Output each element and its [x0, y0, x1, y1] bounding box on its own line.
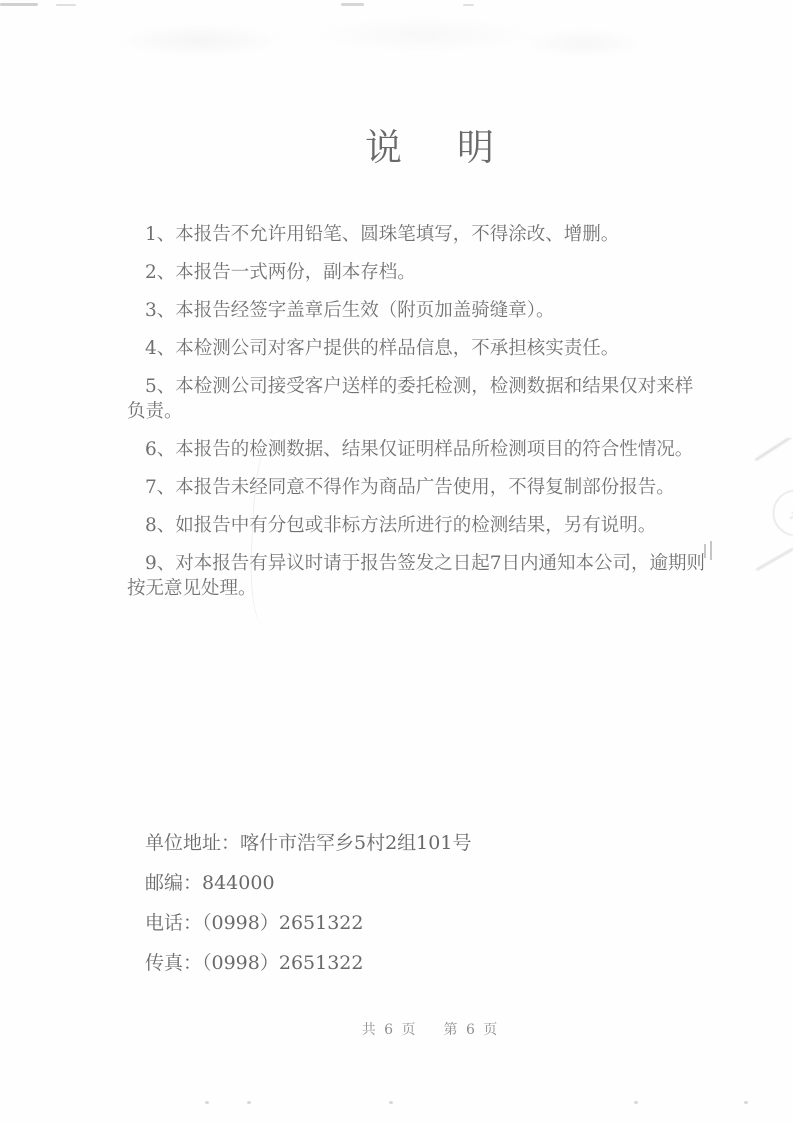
note-item-6: 6、本报告的检测数据、结果仅证明样品所检测项目的符合性情况。: [127, 437, 727, 462]
scan-edge-artifact: [56, 4, 76, 6]
title-char-1: 说: [365, 129, 402, 166]
seal-script-mark: ~﻿ِ: [789, 465, 793, 481]
seal-circle-arc: [773, 490, 793, 536]
note-item-2: 2、本报告一式两份，副本存档。: [127, 260, 727, 285]
footer-current-page: 第 6 页: [444, 1019, 500, 1039]
note-item-8: 8、如报告中有分包或非标方法所进行的检测结果，另有说明。: [127, 513, 727, 538]
title-char-2: 明: [457, 129, 494, 166]
bleedthrough-mark-artifact: [702, 541, 713, 560]
footer-total-pages: 共 6 页: [362, 1019, 418, 1039]
scan-edge-artifact: [0, 3, 38, 6]
scan-edge-artifact: [341, 3, 364, 6]
contact-phone-line: 电话：（0998）2651322: [145, 911, 471, 936]
note-item-4: 4、本检测公司对客户提供的样品信息，不承担核实责任。: [127, 336, 727, 361]
note-item-9: 9、对本报告有异议时请于报告签发之日起7日内通知本公司，逾期则 按无意见处理。: [127, 551, 727, 601]
contact-fax-line: 传真：（0998）2651322: [145, 951, 471, 976]
page-footer: 共 6 页 第 6 页: [34, 1019, 793, 1039]
note-item-5: 5、本检测公司接受客户送样的委托检测，检测数据和结果仅对来样 负责。: [127, 374, 727, 424]
scan-speck-artifacts: [0, 1101, 793, 1105]
seal-stroke: [755, 438, 793, 461]
seal-bleedthrough-artifact: ~﻿ِ ﴾~ ـ~: [747, 438, 793, 578]
seal-stroke: [756, 544, 793, 572]
scanned-report-notes-page: 说 明 1、本报告不允许用铅笔、圆珠笔填写，不得涂改、增删。 2、本报告一式两份…: [0, 0, 793, 1122]
contact-info: 单位地址：喀什市浩罕乡5村2组101号 邮编：844000 电话：（0998）2…: [145, 831, 471, 991]
notes-list: 1、本报告不允许用铅笔、圆珠笔填写，不得涂改、增删。 2、本报告一式两份，副本存…: [127, 222, 727, 614]
page-title: 说 明: [33, 129, 793, 166]
scan-edge-artifact: [463, 4, 474, 6]
contact-postcode-line: 邮编：844000: [145, 871, 471, 896]
contact-address-line: 单位地址：喀什市浩罕乡5村2组101号: [145, 831, 471, 856]
note-item-1: 1、本报告不允许用铅笔、圆珠笔填写，不得涂改、增删。: [127, 222, 727, 247]
scan-smudge-artifact: [40, 10, 680, 65]
note-item-3: 3、本报告经签字盖章后生效（附页加盖骑缝章）。: [127, 298, 727, 323]
note-item-7: 7、本报告未经同意不得作为商品广告使用，不得复制部份报告。: [127, 475, 727, 500]
